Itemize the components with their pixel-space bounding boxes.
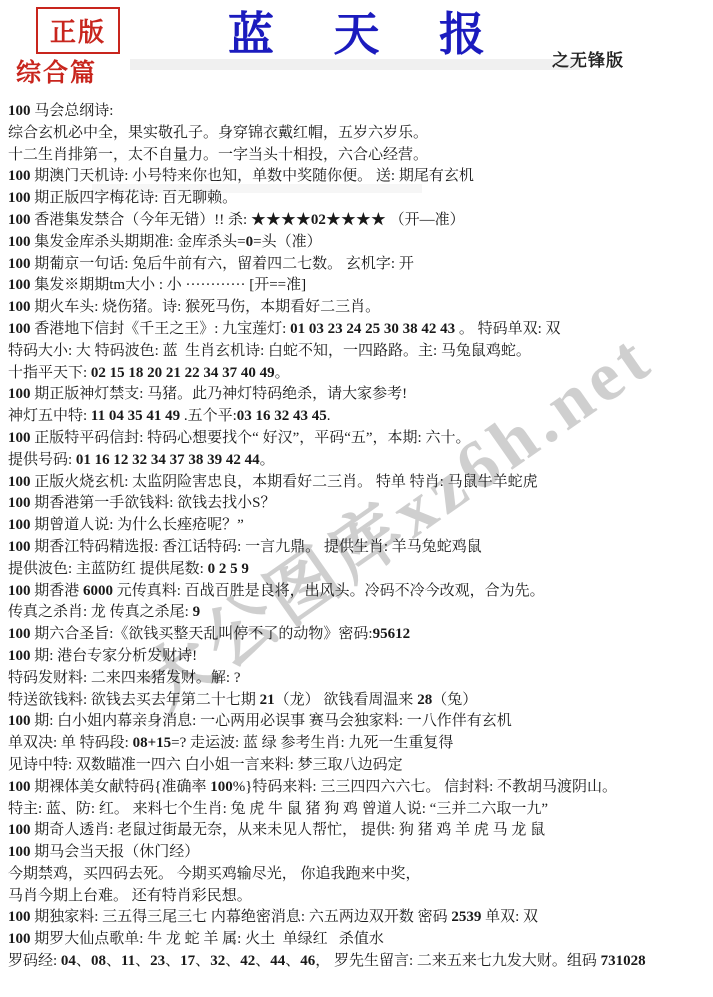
text-line: 提供波色: 主蓝防红 提供尾数: 0 2 5 9 — [8, 559, 711, 581]
text-line: 100 期六合圣旨:《欲钱买整天乱叫停不了的动物》密码:95612 — [8, 624, 711, 646]
text-line: 马肖今期上台难。 还有特肖彩民想。 — [8, 886, 711, 908]
text-line: 提供号码: 01 16 12 32 34 37 38 39 42 44。 — [8, 450, 711, 472]
text-line: 100 期裸体美女献特码{准确率 100%}特码来料: 三三四四六六七。 信封料… — [8, 777, 711, 799]
text-line: 特码发财料: 二来四来猪发财。解: ? — [8, 668, 711, 690]
text-line: 单双决: 单 特码段: 08+15=? 走运波: 蓝 绿 参考生肖: 九死一生重… — [8, 733, 711, 755]
text-line: 神灯五中特: 11 04 35 41 49 .五个平:03 16 32 43 4… — [8, 406, 711, 428]
text-line: 特主: 蓝、防: 红。 来料七个生肖: 兔 虎 牛 鼠 猪 狗 鸡 曾道人说: … — [8, 799, 711, 821]
text-line: 100 期罗大仙点歌单: 牛 龙 蛇 羊 属: 火土 单绿红 杀值水 — [8, 929, 711, 951]
text-line: 十二生肖排第一，太不自量力。一字当头十相投，六合心经营。 — [8, 145, 711, 167]
text-line: 100 期正版神灯禁支: 马猪。此乃神灯特码绝杀，请大家参考! — [8, 384, 711, 406]
text-line: 100 正版特平码信封: 特码心想要找个“ 好汉”，平码“五”，本期: 六十。 — [8, 428, 711, 450]
text-line: 100 期曾道人说: 为什么长痤疮呢？” — [8, 515, 711, 537]
text-line: 100 期: 白小姐内幕亲身消息: 一心两用必误事 赛马会独家料: 一八作伴有玄… — [8, 711, 711, 733]
text-line: 100 期奇人透肖: 老鼠过街最无奈，从来未见人帮忙， 提供: 狗 猪 鸡 羊 … — [8, 820, 711, 842]
text-line: 特码大小: 大 特码波色: 蓝 生肖玄机诗: 白蛇不知，一四路路。主: 马兔鼠鸡… — [8, 341, 711, 363]
text-line: 100 期澳门天机诗: 小号特来你也知，单数中奖随你便。 送: 期尾有玄机 — [8, 166, 711, 188]
text-line: 100 期葡京一句话: 兔后牛前有六，留着四二七数。 玄机字: 开 — [8, 254, 711, 276]
text-line: 100 期香江特码精选报: 香江话特码: 一言九鼎。 提供生肖: 羊马兔蛇鸡鼠 — [8, 537, 711, 559]
text-line: 100 集发※期期tm大小 : 小 ············ [开==准] — [8, 275, 711, 297]
text-line: 100 马会总纲诗: — [8, 101, 711, 123]
text-line: 100 期香港第一手欲钱料: 欲钱去找小S？ — [8, 493, 711, 515]
text-line: 十指平天下: 02 15 18 20 21 22 34 37 40 49。 — [8, 363, 711, 385]
text-line: 罗码经: 04、08、11、23、17、32、42、44、46， 罗先生留言: … — [8, 951, 711, 973]
text-line: 100 正版火烧玄机: 太监阴险害忠良，本期看好二三肖。 特单 特肖: 马鼠牛羊… — [8, 472, 711, 494]
text-line: 今期禁鸡，买四码去死。 今期买鸡输尽光， 你追我跑来中奖， — [8, 864, 711, 886]
text-line: 100 期: 港台专家分析发财诗! — [8, 646, 711, 668]
section-heading: 综合篇 — [16, 53, 97, 89]
text-line: 100 期火车头: 烧伤猪。诗: 猴死马伤，本期看好二三肖。 — [8, 297, 711, 319]
text-line: 100 香港集发禁合（今年无错）!! 杀: ★★★★02★★★★ （开—准） — [8, 210, 711, 232]
text-line: 综合玄机必中全，果实敬孔子。身穿锦衣戴红帽，五岁六岁乐。 — [8, 123, 711, 145]
text-line: 100 香港地下信封《千王之王》: 九宝莲灯: 01 03 23 24 25 3… — [8, 319, 711, 341]
text-line: 100 集发金库杀头期期准: 金库杀头=0=头（准） — [8, 232, 711, 254]
text-line: 100 期正版四字梅花诗: 百无聊赖。 — [8, 188, 711, 210]
tips-text-block: 100 马会总纲诗: 综合玄机必中全，果实敬孔子。身穿锦衣戴红帽，五岁六岁乐。 … — [8, 101, 711, 973]
text-line: 100 期香港 6000 元传真料: 百战百胜是良将，出风头。冷码不冷今改观，合… — [8, 581, 711, 603]
text-line: 传真之杀肖: 龙 传真之杀尾: 9 — [8, 602, 711, 624]
newspaper-page: 正版 蓝 天 报 之无锋版 综合篇 大公图库xz6h.net 100 马会总纲诗… — [0, 0, 713, 997]
text-line: 见诗中特: 双数瞄准一四六 白小姐一言来料: 梦三取八边码定 — [8, 755, 711, 777]
text-line: 100 期独家料: 三五得三尾三七 内幕绝密消息: 六五两边双开数 密码 253… — [8, 907, 711, 929]
text-line: 特送欲钱料: 欲钱去买去年第二十七期 21（龙） 欲钱看周温来 28（兔） — [8, 690, 711, 712]
edition-label: 之无锋版 — [552, 46, 624, 71]
text-line: 100 期马会当天报（休门经） — [8, 842, 711, 864]
